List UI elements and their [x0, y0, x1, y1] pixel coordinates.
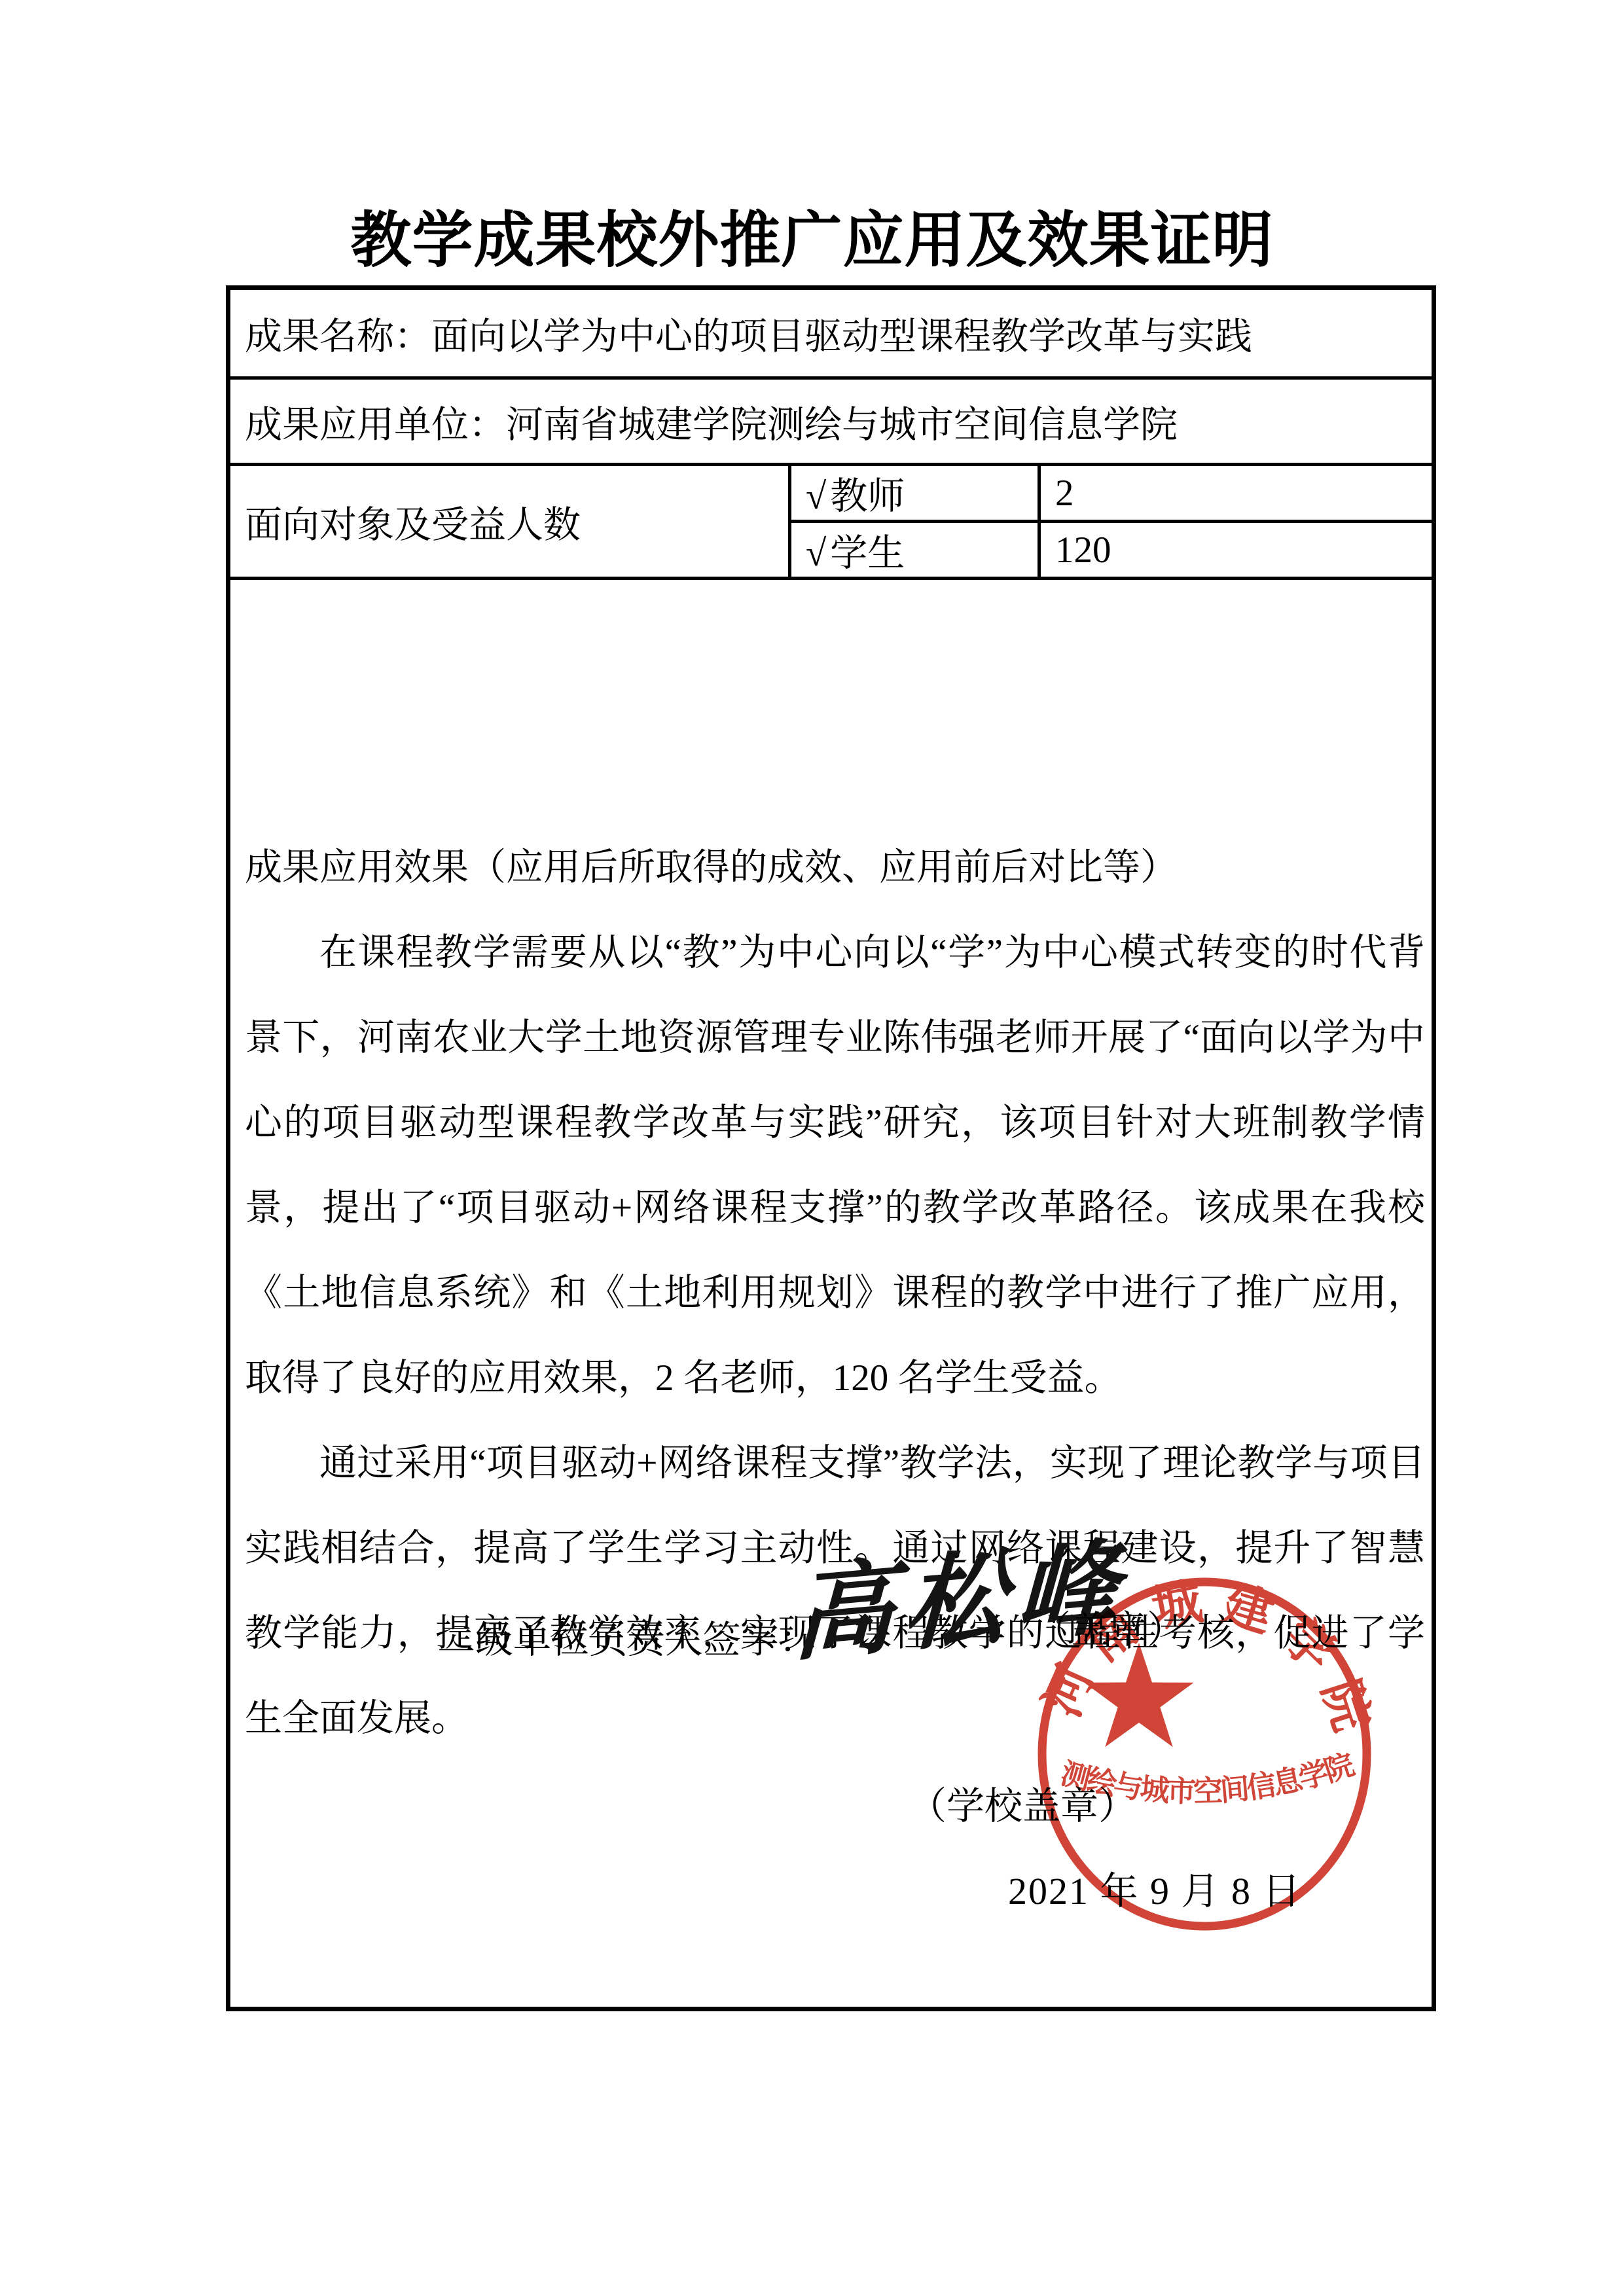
effect-paragraph-1: 在课程教学需要从以“教”为中心向以“学”为中心模式转变的时代背景下，河南农业大学… — [245, 910, 1425, 1421]
effect-header: 成果应用效果（应用后所取得的成效、应用前后对比等） — [245, 825, 1425, 910]
checkmark-icon: √ — [806, 476, 826, 517]
official-seal: 河南城建学院 测绘与城市空间信息学院 — [1021, 1561, 1401, 1947]
seal-bottom-text: 测绘与城市空间信息学院 — [1057, 1748, 1358, 1808]
achievement-name-cell: 成果名称：面向以学为中心的项目驱动型课程教学改革与实践 — [228, 288, 1434, 378]
checkmark-icon: √ — [806, 533, 826, 574]
achievement-name-row: 成果名称：面向以学为中心的项目驱动型课程教学改革与实践 — [228, 288, 1434, 378]
page-title: 教学成果校外推广应用及效果证明 — [0, 191, 1624, 279]
teacher-check-cell: √教师 — [790, 465, 1039, 522]
teacher-count-cell: 2 — [1039, 465, 1434, 522]
seal-ring-text-holder: 河南城建学院 — [1034, 1574, 1379, 1738]
audience-group-teacher: 教师 — [830, 476, 905, 517]
signature-label: 二级单位负责人签字： — [437, 1609, 817, 1664]
seal-ring-text: 河南城建学院 — [1034, 1574, 1379, 1738]
applying-unit-row: 成果应用单位：河南省城建学院测绘与城市空间信息学院 — [228, 378, 1434, 465]
certificate-page: 教学成果校外推广应用及效果证明 成果名称：面向以学为中心的项目驱动型课程教学改革… — [0, 0, 1624, 2296]
student-count-cell: 120 — [1039, 522, 1434, 579]
seal-bottom-text-holder: 测绘与城市空间信息学院 — [1057, 1748, 1358, 1808]
audience-row-teacher: 面向对象及受益人数 √教师 2 — [228, 465, 1434, 522]
audience-group-student: 学生 — [830, 533, 905, 574]
audience-label-cell: 面向对象及受益人数 — [228, 465, 790, 579]
student-check-cell: √学生 — [790, 522, 1039, 579]
applying-unit-cell: 成果应用单位：河南省城建学院测绘与城市空间信息学院 — [228, 378, 1434, 465]
